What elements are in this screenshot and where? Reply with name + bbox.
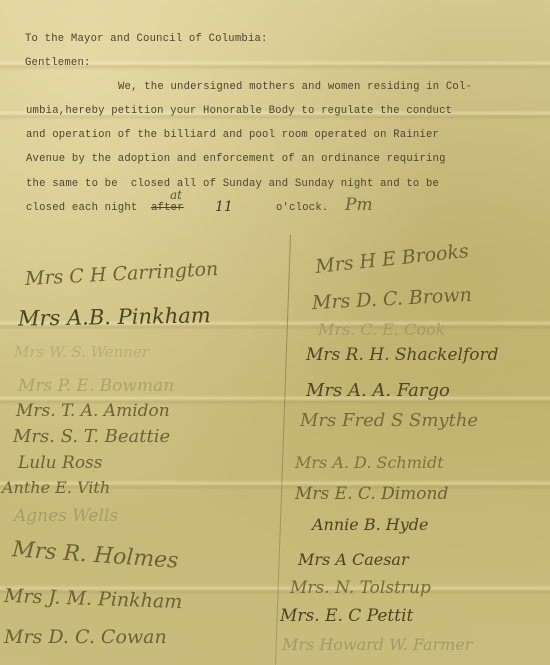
final-line-prefix: closed each night	[26, 203, 137, 214]
signature: Mrs A. D. Schmidt	[295, 455, 444, 471]
signature: Mrs J. M. Pinkham	[4, 587, 183, 612]
struck-word: after	[151, 203, 184, 214]
signature: Mrs A.B. Pinkham	[18, 305, 211, 329]
signature: Annie B. Hyde	[312, 517, 428, 533]
signature: Lulu Ross	[18, 455, 103, 472]
body-line: Avenue by the adoption and enforcement o…	[26, 154, 446, 165]
final-line-suffix: o'clock.	[276, 203, 328, 214]
signature: Agnes Wells	[14, 508, 118, 525]
signature: Mrs. S. T. Beattie	[13, 428, 170, 446]
body-line: and operation of the billiard and pool r…	[26, 130, 439, 141]
signature: Mrs Howard W. Farmer	[282, 637, 472, 653]
signature: Mrs. N. Tolstrup	[290, 580, 431, 597]
signature: Mrs C H Carrington	[25, 260, 219, 289]
signature: Mrs R. H. Shackelford	[306, 347, 499, 364]
signature: Mrs D. C. Brown	[312, 286, 473, 313]
handwritten-hour: 11	[215, 200, 233, 214]
handwritten-note: Pm	[345, 197, 373, 214]
column-divider	[275, 235, 291, 665]
signature: Mrs A Caesar	[298, 552, 409, 568]
signature: Mrs W. S. Wenner	[14, 345, 149, 360]
body-line: umbia,hereby petition your Honorable Bod…	[26, 106, 452, 117]
signature: Mrs. E. C Pettit	[280, 608, 413, 625]
body-line: We, the undersigned mothers and women re…	[118, 82, 472, 93]
signature: Mrs E. C. Dimond	[295, 486, 448, 503]
signature: Mrs. C. E. Cook	[318, 322, 445, 338]
signature: Mrs R. Holmes	[11, 539, 179, 573]
signature: Mrs Fred S Smythe	[300, 412, 478, 430]
signature: Mrs D. C. Cowan	[4, 628, 167, 647]
signature: Mrs. T. A. Amidon	[16, 403, 170, 420]
signature: Mrs P. E. Bowman	[18, 378, 174, 395]
greeting: Gentlemen:	[25, 58, 91, 69]
inserted-word: at	[170, 188, 182, 202]
signature: Mrs A. A. Fargo	[306, 382, 450, 400]
salutation: To the Mayor and Council of Columbia:	[25, 34, 268, 45]
signature: Anthe E. Vith	[2, 480, 110, 496]
body-line: the same to be closed all of Sunday and …	[26, 179, 439, 190]
signature: Mrs H E Brooks	[314, 242, 469, 277]
